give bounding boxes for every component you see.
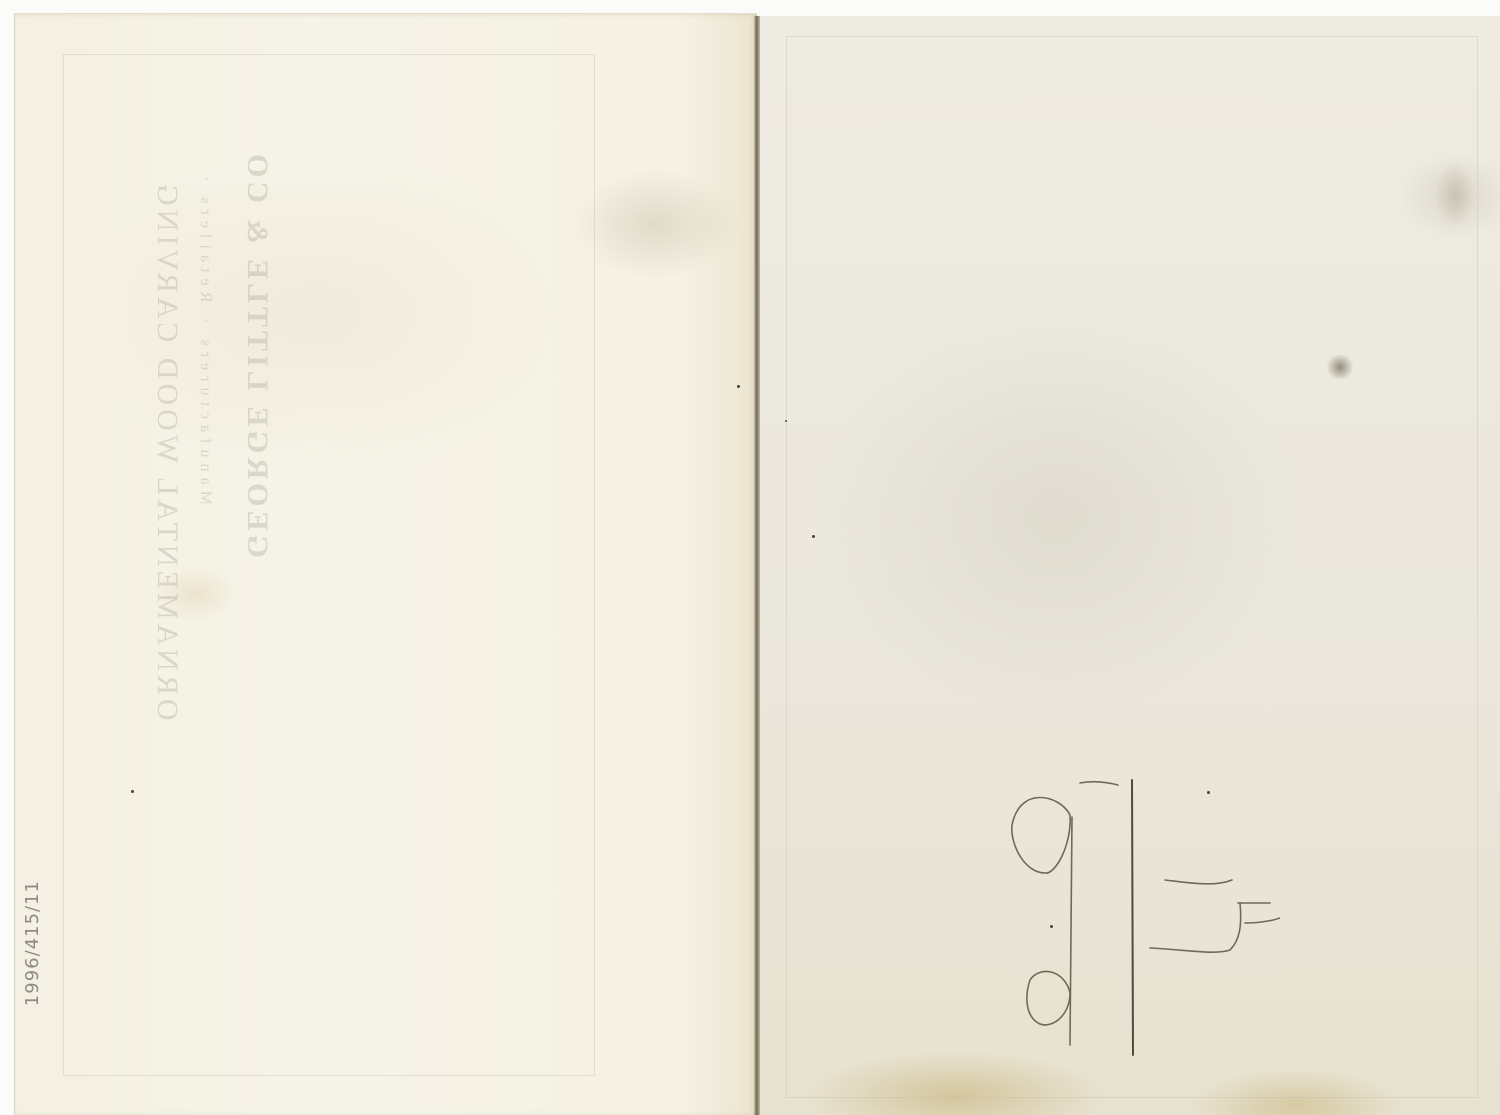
accession-number-annotation: 1996/415/11 — [22, 880, 43, 1006]
leaf-fold-edge — [754, 16, 760, 1115]
paper-stain — [1435, 160, 1475, 230]
left-leaf — [14, 13, 757, 1115]
show-through-line-1: ORNAMENTAL WOOD CARVING — [150, 180, 184, 721]
paper-damage-spot — [1325, 355, 1355, 379]
speck — [785, 420, 787, 422]
pencil-marks — [1000, 755, 1280, 1065]
speck — [812, 535, 815, 538]
speck — [737, 385, 740, 388]
scanned-document: ORNAMENTAL WOOD CARVING Manufacturers · … — [0, 0, 1500, 1115]
speck — [131, 790, 134, 793]
show-through-line-2: Manufacturers · Retailers · — [196, 170, 214, 505]
speck — [1050, 925, 1053, 928]
speck — [1207, 791, 1210, 794]
printed-border-showthrough — [63, 54, 595, 1076]
show-through-line-3: GEORGE LITTLE & CO — [240, 150, 274, 558]
